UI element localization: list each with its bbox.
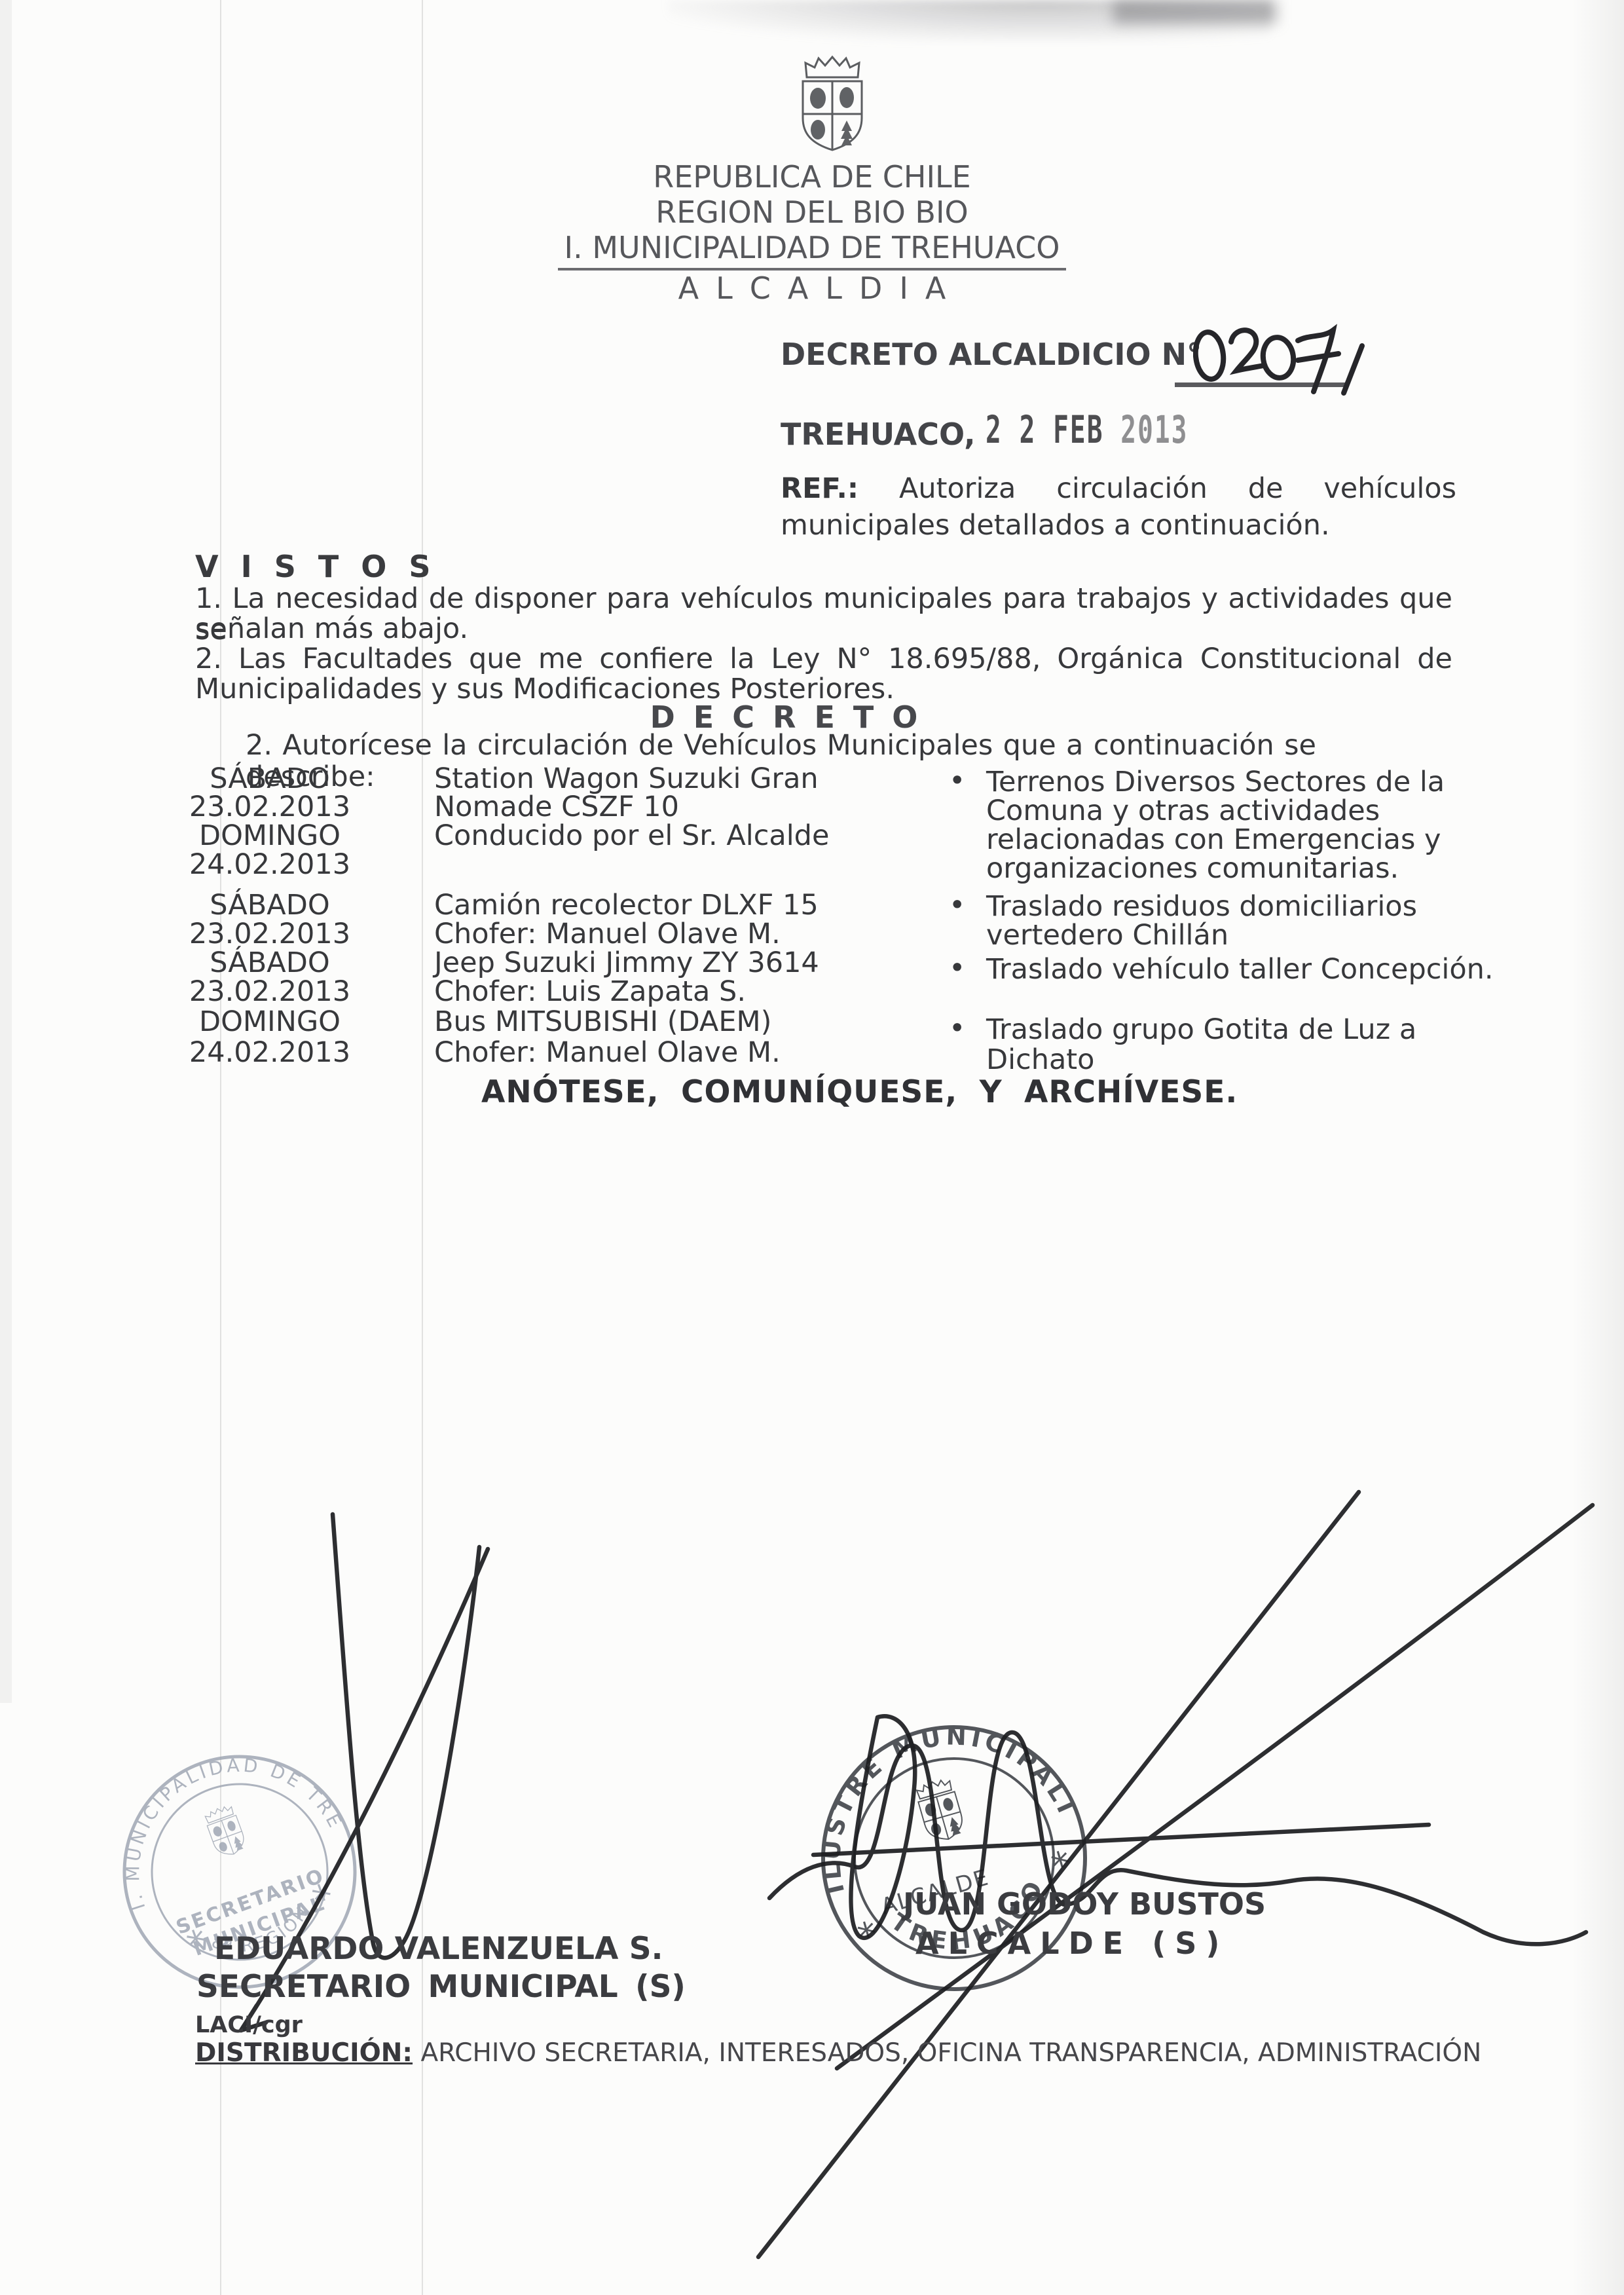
ref-line1-text: Autoriza circulación de vehículos <box>899 472 1456 505</box>
secretario-name: EDUARDO VALENZUELA S. <box>214 1931 663 1967</box>
letterhead-country: REPUBLICA DE CHILE <box>504 159 1120 195</box>
bullet-icon: • <box>949 765 965 796</box>
schedule-purpose: Comuna y otras actividades <box>986 795 1380 827</box>
signature-ink <box>65 1474 1624 2295</box>
schedule-vehicle: Jeep Suzuki Jimmy ZY 3614 <box>434 947 819 979</box>
schedule-date: 23.02.2013 <box>182 918 358 950</box>
schedule-purpose: Terrenos Diversos Sectores de la <box>986 766 1445 798</box>
closing-line: ANÓTESE, COMUNÍQUESE, Y ARCHÍVESE. <box>481 1074 1238 1110</box>
schedule-date: SÁBADO <box>182 763 358 794</box>
schedule-date: DOMINGO <box>182 820 358 851</box>
schedule-date: 23.02.2013 <box>182 791 358 823</box>
schedule-purpose: Traslado vehículo taller Concepción. <box>986 954 1494 985</box>
schedule-purpose: relacionadas con Emergencias y <box>986 824 1441 855</box>
schedule-purpose: Traslado grupo Gotita de Luz a <box>986 1014 1416 1045</box>
schedule-vehicle: Chofer: Luis Zapata S. <box>434 976 746 1007</box>
alcalde-title: ALCALDE (S) <box>915 1926 1228 1961</box>
bullet-icon: • <box>949 889 965 921</box>
schedule-purpose: Dichato <box>986 1044 1094 1075</box>
ref-line1: REF.: Autoriza circulación de vehículos <box>781 473 1456 504</box>
schedule-purpose: Traslado residuos domiciliarios <box>986 891 1417 922</box>
schedule-date: 24.02.2013 <box>182 849 358 880</box>
ref-line2: municipales detallados a continuación. <box>781 510 1330 541</box>
date-stamp-day: 2 2 FEB <box>986 407 1103 452</box>
letterhead-region: REGION DEL BIO BIO <box>504 195 1120 230</box>
decree-place: TREHUACO, <box>781 417 976 452</box>
secretario-title: SECRETARIO MUNICIPAL (S) <box>196 1969 686 2005</box>
schedule-vehicle: Chofer: Manuel Olave M. <box>434 918 781 950</box>
alcalde-name: JUAN GODOY BUSTOS <box>903 1886 1266 1922</box>
decree-title-label: DECRETO ALCALDICIO N° <box>781 337 1202 372</box>
vistos-item1-line2: señalan más abajo. <box>195 613 468 644</box>
letterhead-municipality: I. MUNICIPALIDAD DE TREHUACO <box>504 230 1120 271</box>
letterhead: REPUBLICA DE CHILE REGION DEL BIO BIO I.… <box>504 159 1120 306</box>
bullet-icon: • <box>949 952 965 984</box>
schedule-purpose: vertedero Chillán <box>986 920 1228 951</box>
vistos-title: V I S T O S <box>195 549 437 584</box>
footer-distribution-label: DISTRIBUCIÓN: <box>195 2038 413 2068</box>
schedule-vehicle: Chofer: Manuel Olave M. <box>434 1037 781 1068</box>
schedule-date: 24.02.2013 <box>182 1037 358 1068</box>
letterhead-office: ALCALDIA <box>504 271 1120 306</box>
date-stamp: 2 2 FEB 2013 <box>986 407 1188 452</box>
ref-label: REF.: <box>781 472 858 505</box>
schedule-date: SÁBADO <box>182 889 358 921</box>
footer-distribution: DISTRIBUCIÓN: ARCHIVO SECRETARIA, INTERE… <box>195 2038 1481 2068</box>
footer-initials: LACI/cgr <box>195 2012 303 2038</box>
schedule-purpose: organizaciones comunitarias. <box>986 853 1399 884</box>
scanned-decree-page: REPUBLICA DE CHILE REGION DEL BIO BIO I.… <box>0 0 1624 2295</box>
date-stamp-year: 2013 <box>1120 407 1188 452</box>
schedule-vehicle: Station Wagon Suzuki Gran <box>434 763 819 794</box>
schedule-date: 23.02.2013 <box>182 976 358 1007</box>
schedule-date: DOMINGO <box>182 1006 358 1037</box>
schedule-vehicle: Camión recolector DLXF 15 <box>434 889 819 921</box>
footer-distribution-items: ARCHIVO SECRETARIA, INTERESADOS, OFICINA… <box>413 2038 1481 2068</box>
schedule-vehicle: Bus MITSUBISHI (DAEM) <box>434 1006 771 1037</box>
schedule-date: SÁBADO <box>182 947 358 979</box>
coat-of-arms-icon <box>788 55 876 152</box>
schedule-vehicle: Nomade CSZF 10 <box>434 791 679 823</box>
bullet-icon: • <box>949 1013 965 1044</box>
handwritten-decree-number <box>1193 293 1370 398</box>
scan-smudge-top-dark <box>1113 0 1277 24</box>
vistos-item2-line1: 2. Las Facultades que me confiere la Ley… <box>195 643 1452 675</box>
scan-noise-left-edge <box>0 0 12 1703</box>
schedule-vehicle: Conducido por el Sr. Alcalde <box>434 820 829 851</box>
